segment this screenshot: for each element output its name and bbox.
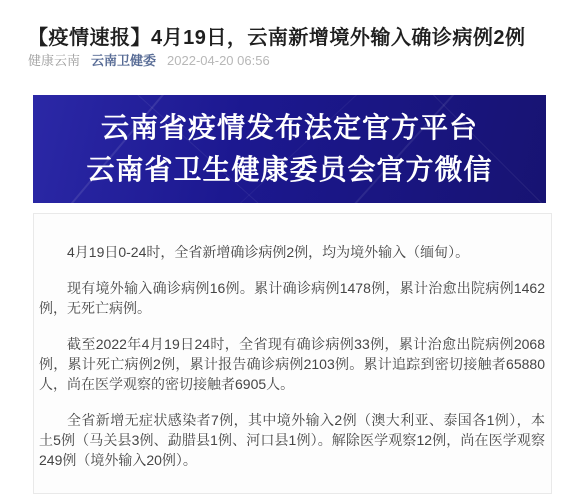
byline-account-link[interactable]: 云南卫健委 [91,52,156,70]
official-platform-banner-image[interactable]: 云南省疫情发布法定官方平台 云南省卫生健康委员会官方微信 [33,95,546,203]
byline-source: 健康云南 [28,52,80,70]
article-body: 4月19日0-24时，全省新增确诊病例2例，均为境外输入（缅甸）。 现有境外输入… [33,213,552,494]
article-page: 【疫情速报】4月19日，云南新增境外输入确诊病例2例 健康云南 云南卫健委 20… [0,0,564,500]
byline: 健康云南 云南卫健委 2022-04-20 06:56 [28,52,270,70]
paragraph-asymptomatic-cases: 全省新增无症状感染者7例，其中境外输入2例（澳大利亚、泰国各1例），本土5例（马… [39,410,545,470]
paragraph-imported-case-totals: 现有境外输入确诊病例16例。累计确诊病例1478例，累计治愈出院病例1462例，… [39,278,545,318]
banner-line-2: 云南省卫生健康委员会官方微信 [86,149,492,191]
banner-line-1: 云南省疫情发布法定官方平台 [101,107,478,149]
article-title: 【疫情速报】4月19日，云南新增境外输入确诊病例2例 [28,24,538,52]
paragraph-province-cumulative-totals: 截至2022年4月19日24时，全省现有确诊病例33例，累计治愈出院病例2068… [39,334,545,394]
byline-datetime: 2022-04-20 06:56 [167,52,270,70]
paragraph-new-confirmed-cases: 4月19日0-24时，全省新增确诊病例2例，均为境外输入（缅甸）。 [39,242,545,262]
